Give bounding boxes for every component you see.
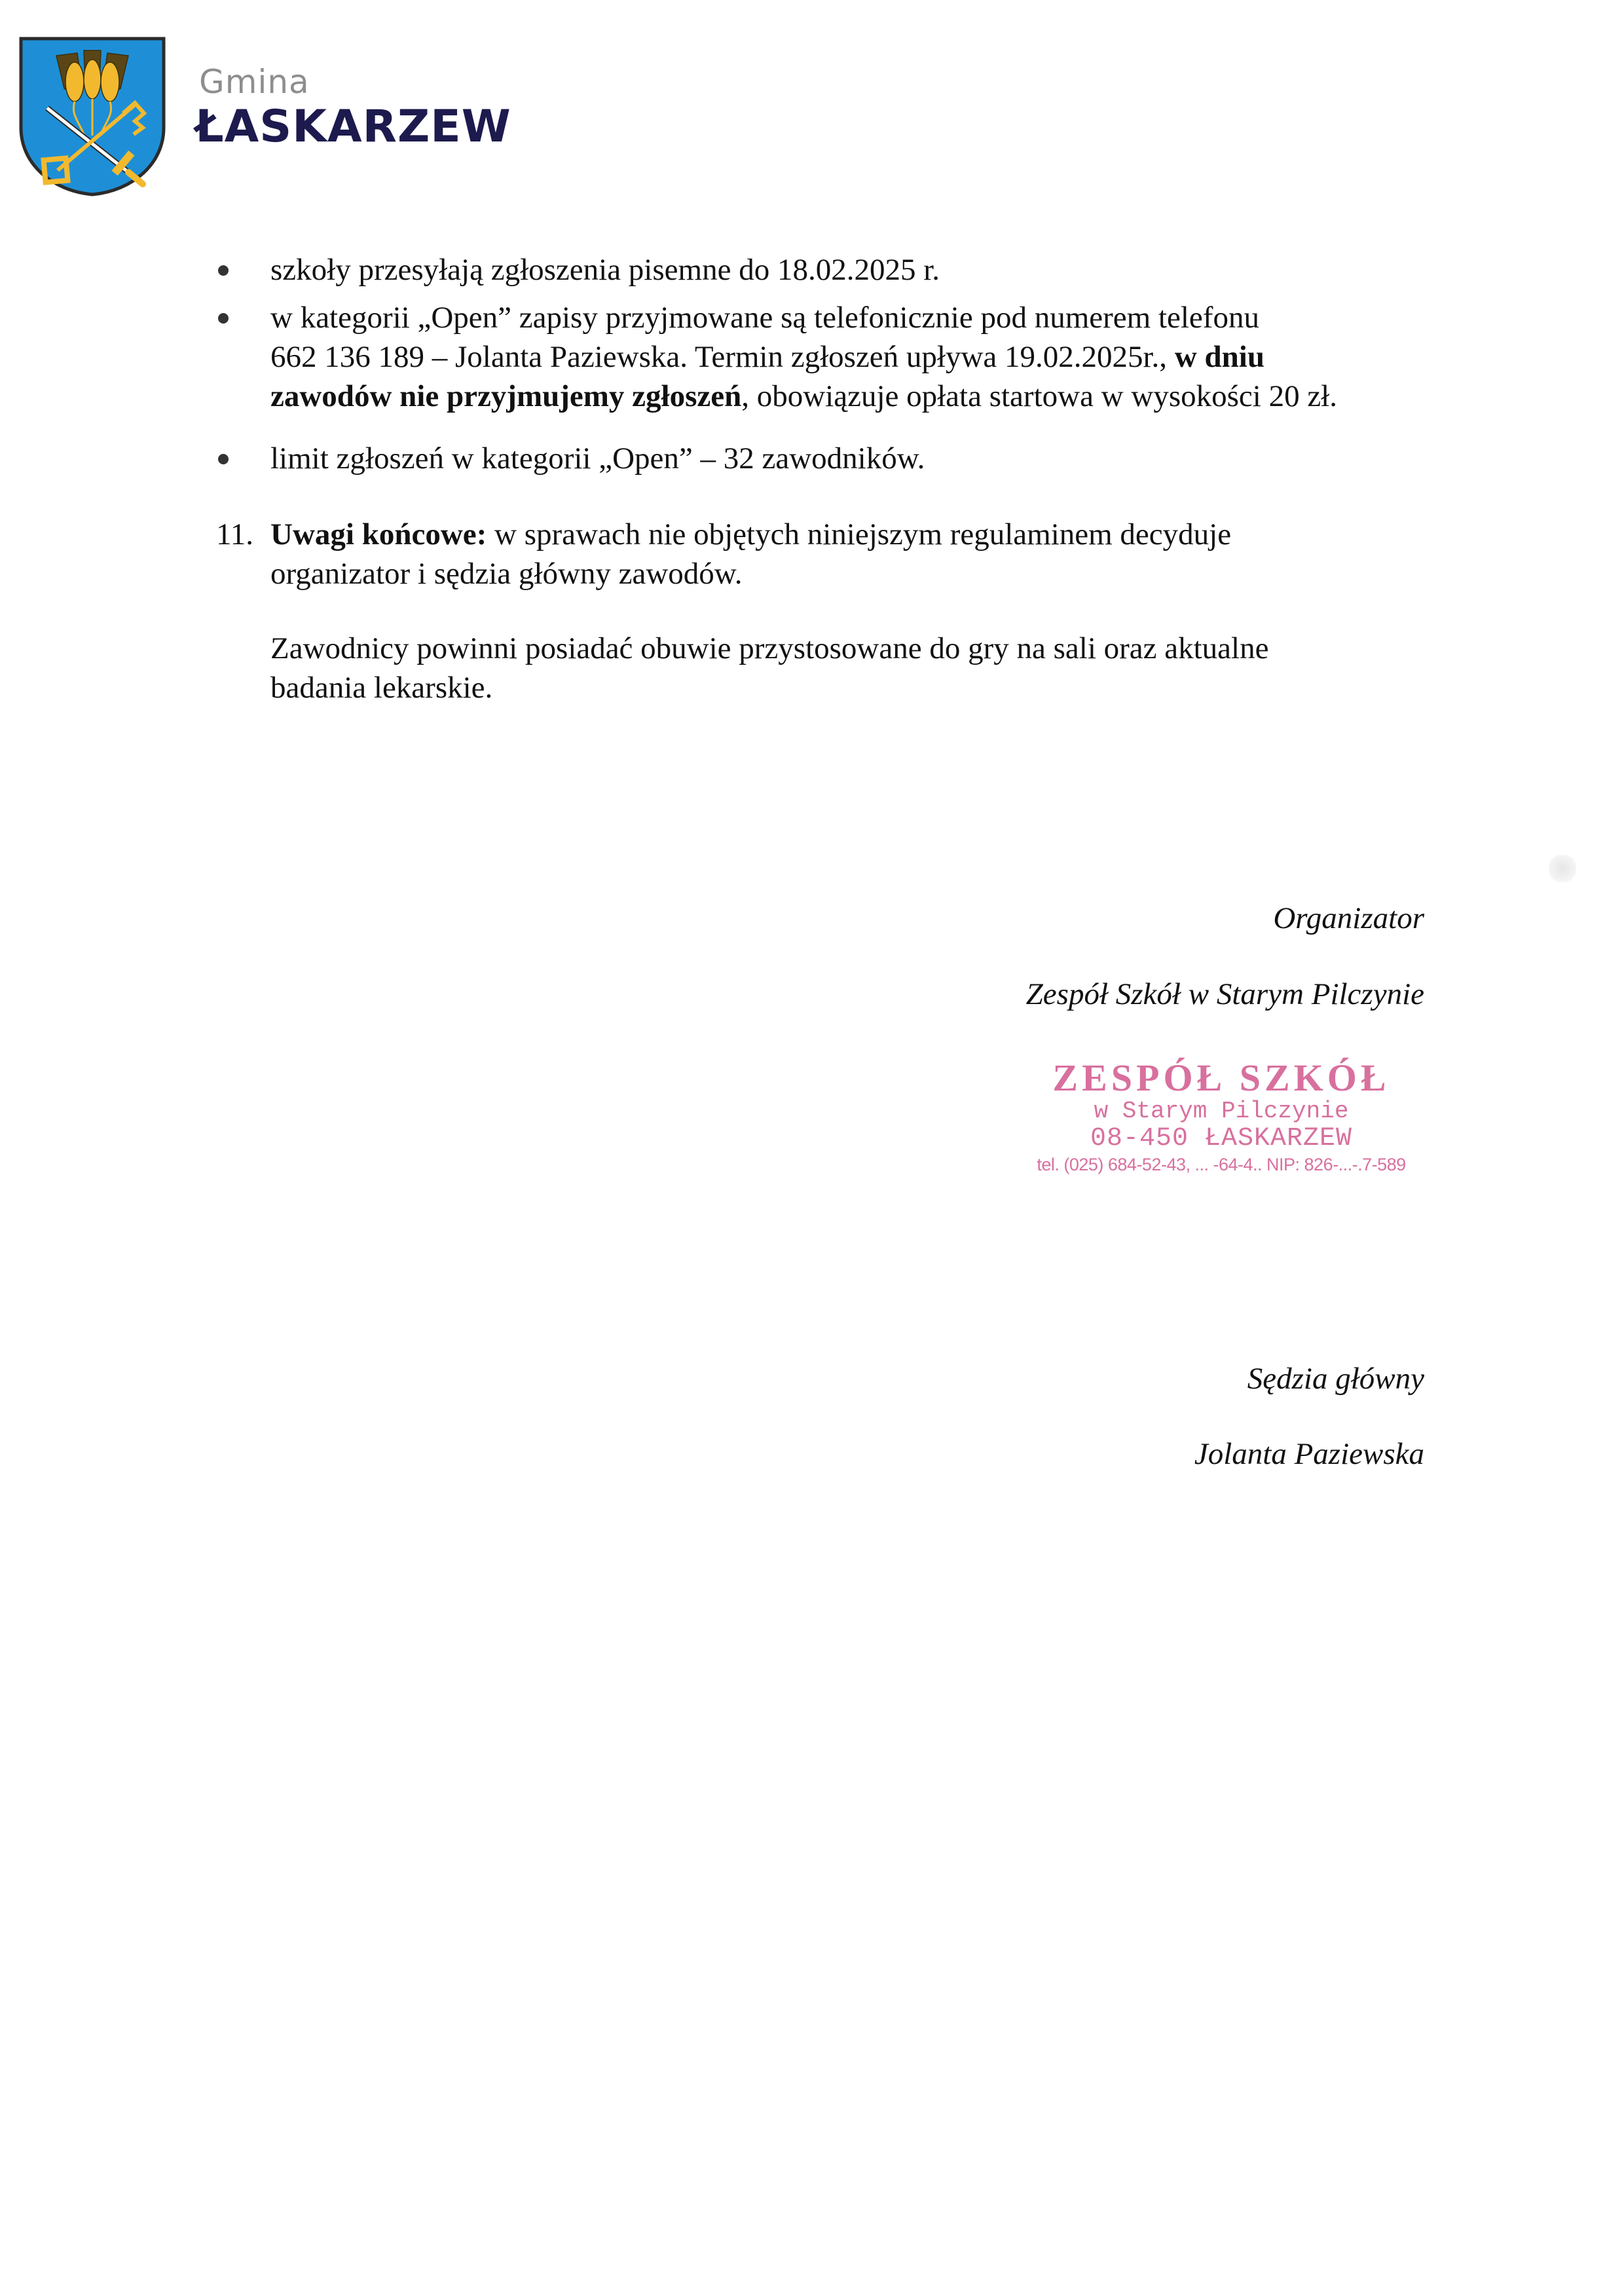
organizer-stamp: ZESPÓŁ SZKÓŁ w Starym Pilczynie 08-450 Ł… [1028,1058,1414,1176]
municipality-label: Gmina [199,65,310,98]
section-note: badania lekarskie. [270,668,492,707]
list-item-continuation: 662 136 189 – Jolanta Paziewska. Termin … [270,337,1264,377]
stamp-line: tel. (025) 684-52-43, ... -64-4.. NIP: 8… [1028,1153,1414,1176]
section-heading: Uwagi końcowe: [270,517,487,551]
list-item: szkoły przesyłają zgłoszenia pisemne do … [270,250,940,289]
list-item-continuation: zawodów nie przyjmujemy zgłoszeń, obowią… [270,377,1337,416]
organizer-name: Zespół Szkół w Starym Pilczynie [1026,975,1424,1014]
stamp-line: 08-450 ŁASKARZEW [1028,1125,1414,1153]
scan-artifact [1549,855,1576,882]
judge-title: Sędzia główny [1247,1359,1424,1398]
section-line: organizator i sędzia główny zawodów. [270,554,742,593]
municipality-name: ŁASKARZEW [195,105,511,149]
section-number: 11. [216,515,253,554]
list-item: limit zgłoszeń w kategorii „Open” – 32 z… [270,439,925,478]
list-item: w kategorii „Open” zapisy przyjmowane są… [270,298,1259,337]
coat-of-arms-icon [18,36,166,197]
bullet-icon [218,454,229,464]
bullet-icon [218,313,229,324]
organizer-title: Organizator [1273,899,1424,938]
stamp-line: w Starym Pilczynie [1028,1098,1414,1125]
bullet-icon [218,265,229,276]
section-line: Uwagi końcowe: w sprawach nie objętych n… [270,515,1231,554]
section-note: Zawodnicy powinni posiadać obuwie przyst… [270,629,1268,668]
judge-name: Jolanta Paziewska [1194,1434,1424,1474]
stamp-line: ZESPÓŁ SZKÓŁ [1028,1058,1414,1098]
